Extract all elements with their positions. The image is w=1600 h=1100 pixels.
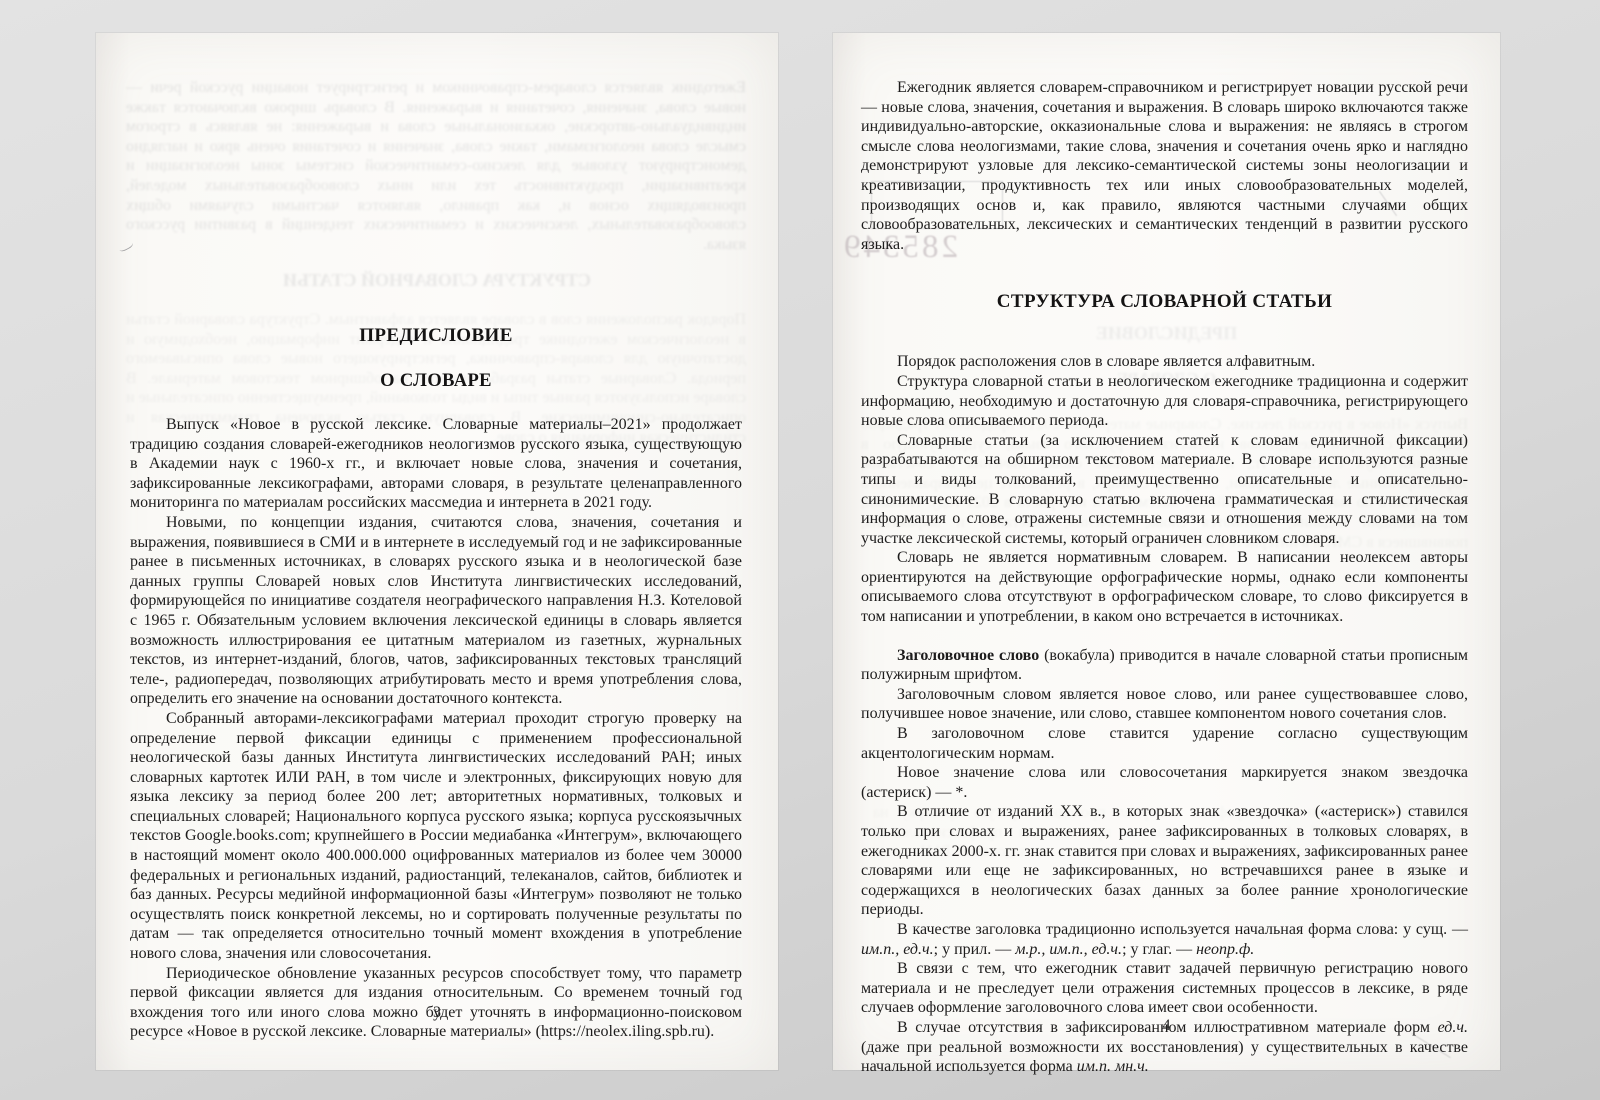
page-number-right: 4 (833, 1017, 1500, 1035)
preface-heading: ПРЕДИСЛОВИЕ (130, 324, 742, 348)
paragraph: Новое значение слова или словосочетания … (861, 763, 1468, 802)
paragraph: Словарные статьи (за исключением статей … (861, 431, 1468, 549)
paragraph: Структура словарной статьи в неологическ… (861, 372, 1468, 431)
paragraph: Заголовочное слово (вокабула) приводится… (861, 646, 1468, 685)
page-number-left: 3 (96, 1004, 778, 1022)
paragraph: Собранный авторами-лексикографами матери… (130, 709, 742, 964)
structure-heading: СТРУКТУРА СЛОВАРНОЙ СТАТЬИ (861, 290, 1468, 314)
about-dictionary-heading: О СЛОВАРЕ (130, 369, 742, 393)
paragraph: В отличие от изданий XX в., в которых зн… (861, 802, 1468, 920)
paragraph: В заголовочном слове ставится ударение с… (861, 724, 1468, 763)
structure-paragraphs: Порядок расположения слов в словаре явля… (861, 352, 1468, 1076)
paragraph: Порядок расположения слов в словаре явля… (861, 352, 1468, 372)
intro-paragraphs: Ежегодник является словарем-справочником… (861, 78, 1468, 254)
paragraph: Выпуск «Новое в русской лексике. Словарн… (130, 415, 742, 513)
paragraph: В связи с тем, что ежегодник ставит зада… (861, 959, 1468, 1018)
paragraph: Ежегодник является словарем-справочником… (861, 78, 1468, 254)
paragraph: Новыми, по концепции издания, считаются … (130, 513, 742, 709)
page-right: 285349 ПРЕДИСЛОВИЕ О СЛОВАРЕ Выпуск «Нов… (833, 33, 1500, 1070)
paragraph: Периодическое обновление указанных ресур… (130, 964, 742, 1042)
paragraph: Словарь не является нормативным словарем… (861, 548, 1468, 626)
page-left: Ежегодник является словарем-справочником… (96, 33, 778, 1070)
scanned-book-spread: Ежегодник является словарем-справочником… (0, 0, 1600, 1100)
preface-paragraphs: Выпуск «Новое в русской лексике. Словарн… (130, 415, 742, 1042)
page-3-content: ПРЕДИСЛОВИЕ О СЛОВАРЕ Выпуск «Новое в ру… (130, 33, 742, 1042)
paragraph: Заголовочным словом является новое слово… (861, 685, 1468, 724)
page-4-content: Ежегодник является словарем-справочником… (861, 33, 1468, 1077)
paragraph: В качестве заголовка традиционно использ… (861, 920, 1468, 959)
